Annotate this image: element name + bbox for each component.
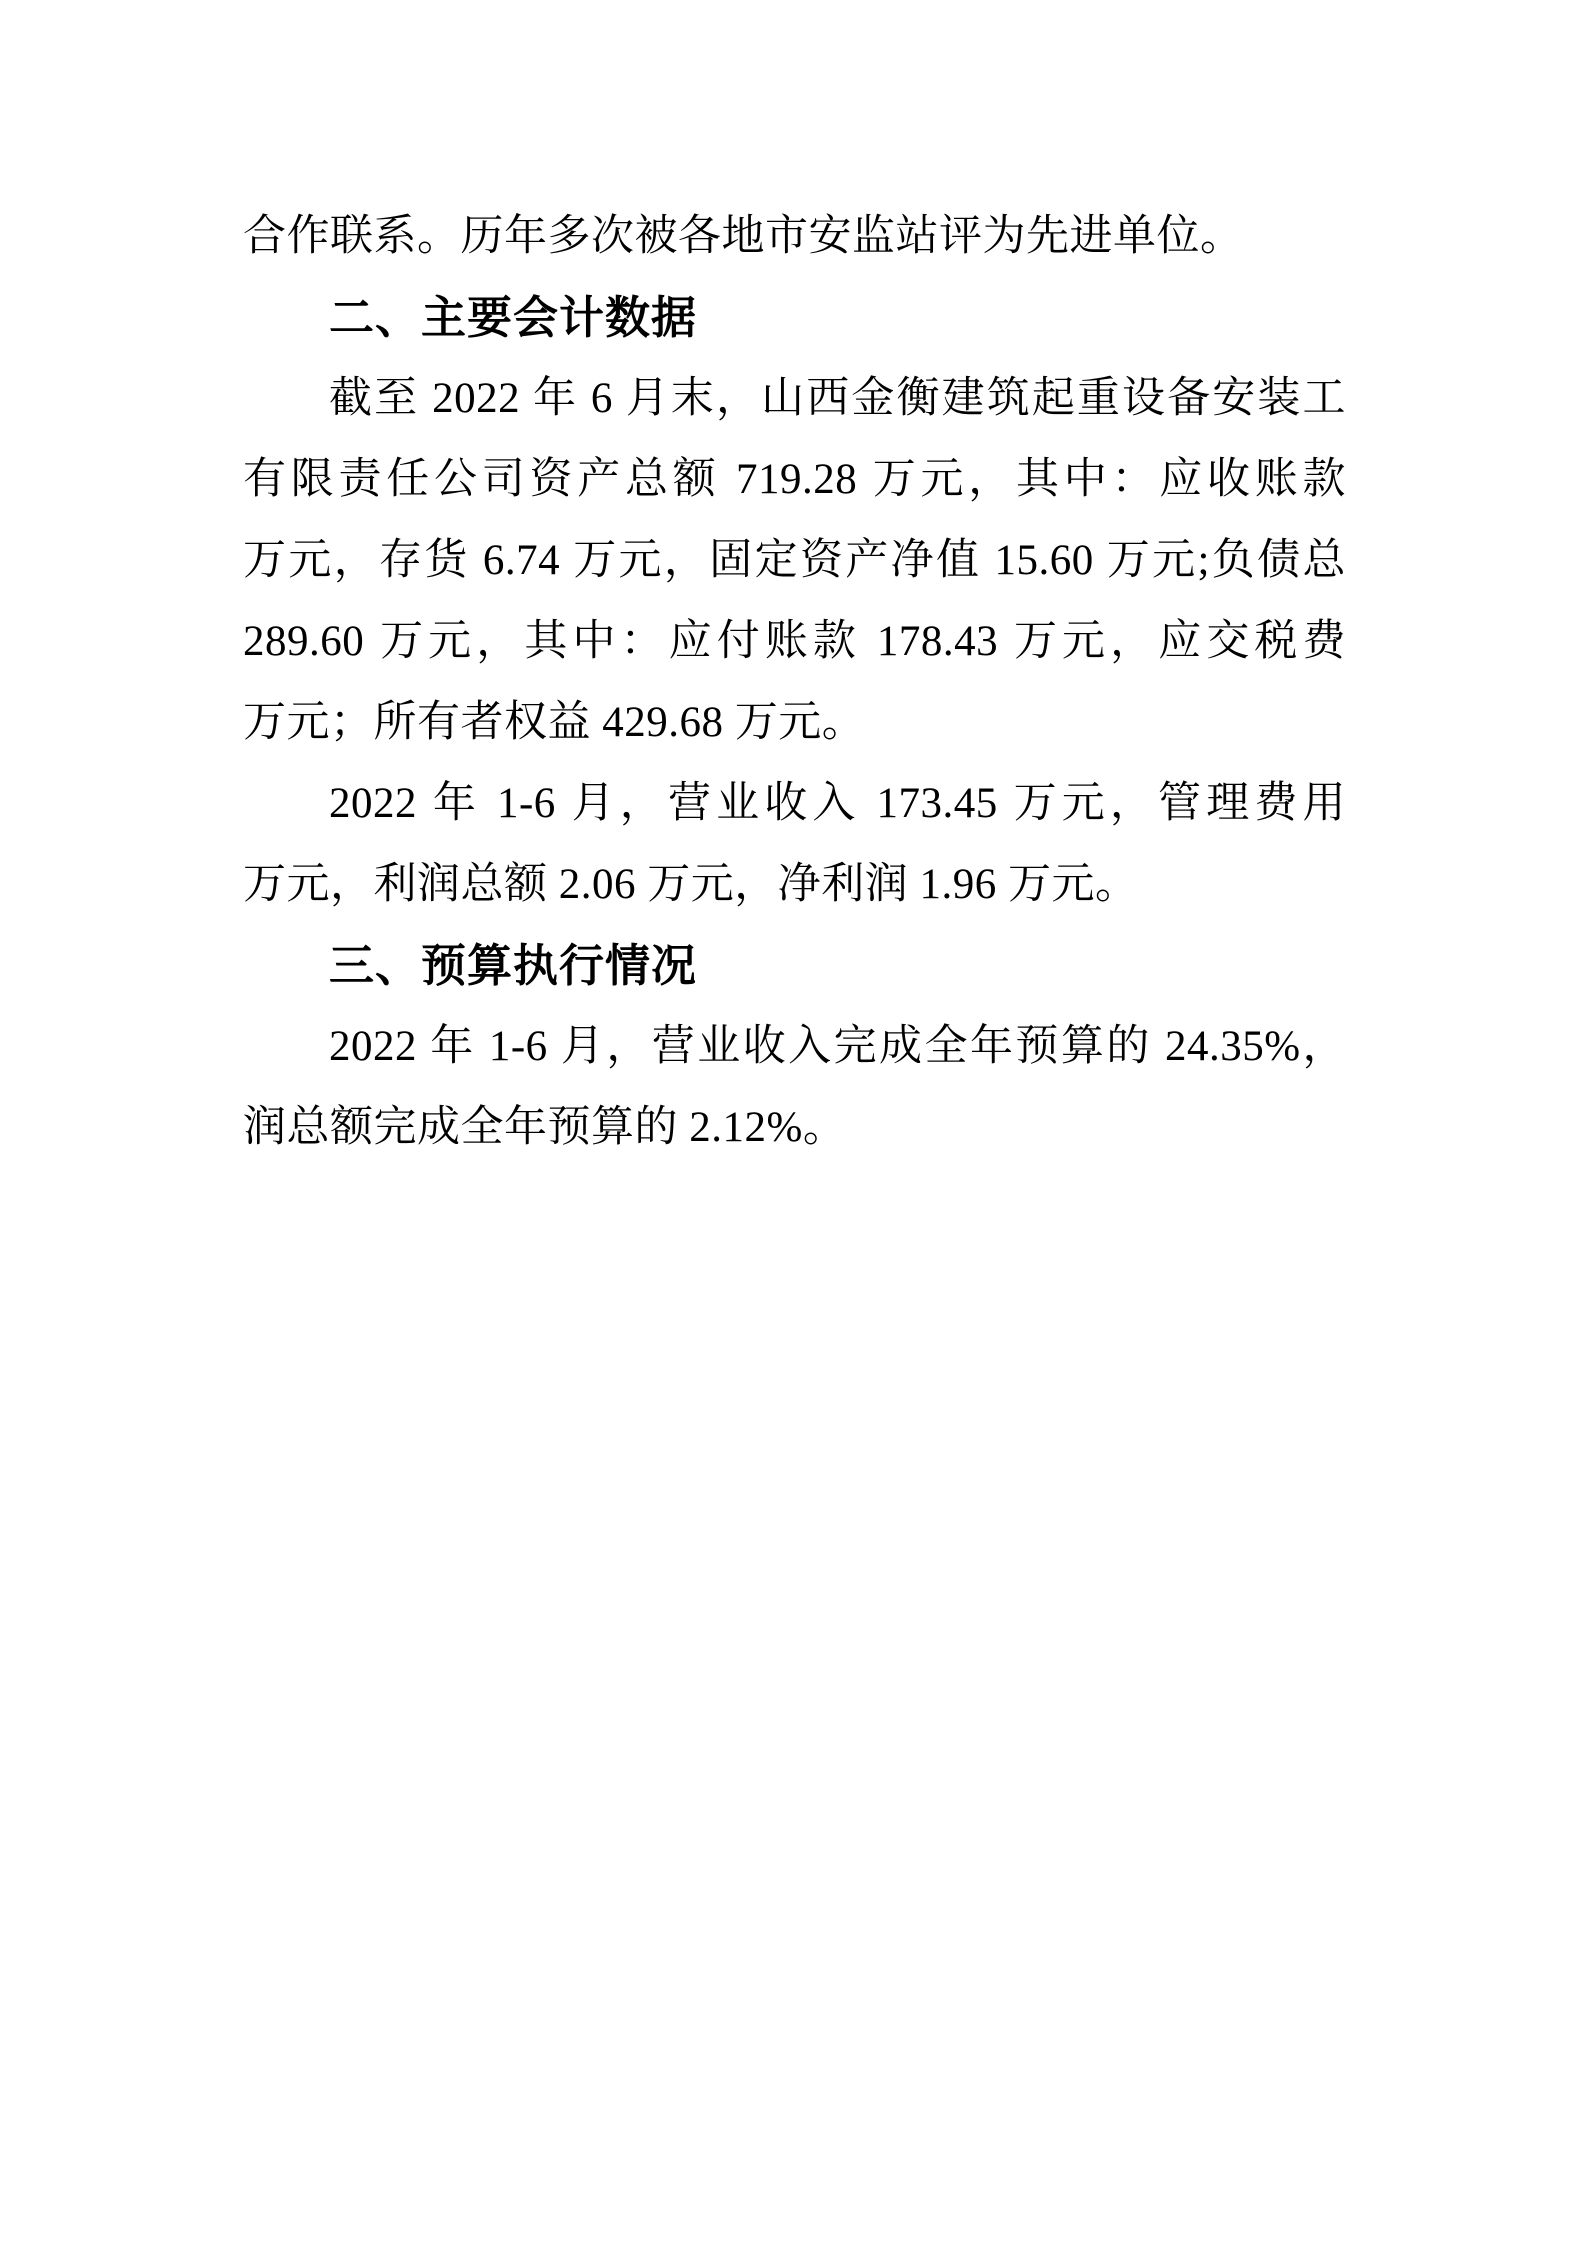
- section-heading-main-accounting-data: 二、主要会计数据: [243, 277, 1346, 358]
- text-line-budget-2: 润总额完成全年预算的 2.12%。: [243, 1087, 1346, 1168]
- text-line-revenue-1: 2022 年 1-6 月，营业收入 173.45 万元，管理费用 37.81: [243, 763, 1346, 844]
- text-line-owners-equity: 万元；所有者权益 429.68 万元。: [243, 682, 1346, 763]
- text-line-budget-1: 2022 年 1-6 月，营业收入完成全年预算的 24.35%，利: [243, 1006, 1346, 1087]
- document-page: 合作联系。历年多次被各地市安监站评为先进单位。 二、主要会计数据 截至 2022…: [243, 196, 1346, 1168]
- text-line-assets-3: 万元，存货 6.74 万元，固定资产净值 15.60 万元;负债总额: [243, 520, 1346, 601]
- text-line-assets-2: 有限责任公司资产总额 719.28 万元，其中：应收账款 669.96: [243, 439, 1346, 520]
- text-line-liabilities-1: 289.60 万元，其中：应付账款 178.43 万元，应交税费 4.16: [243, 601, 1346, 682]
- text-line-assets-1: 截至 2022 年 6 月末，山西金衡建筑起重设备安装工程: [243, 358, 1346, 439]
- text-line-revenue-2: 万元，利润总额 2.06 万元，净利润 1.96 万元。: [243, 844, 1346, 925]
- section-heading-budget-execution: 三、预算执行情况: [243, 925, 1346, 1006]
- text-line-prev-paragraph-end: 合作联系。历年多次被各地市安监站评为先进单位。: [243, 196, 1346, 277]
